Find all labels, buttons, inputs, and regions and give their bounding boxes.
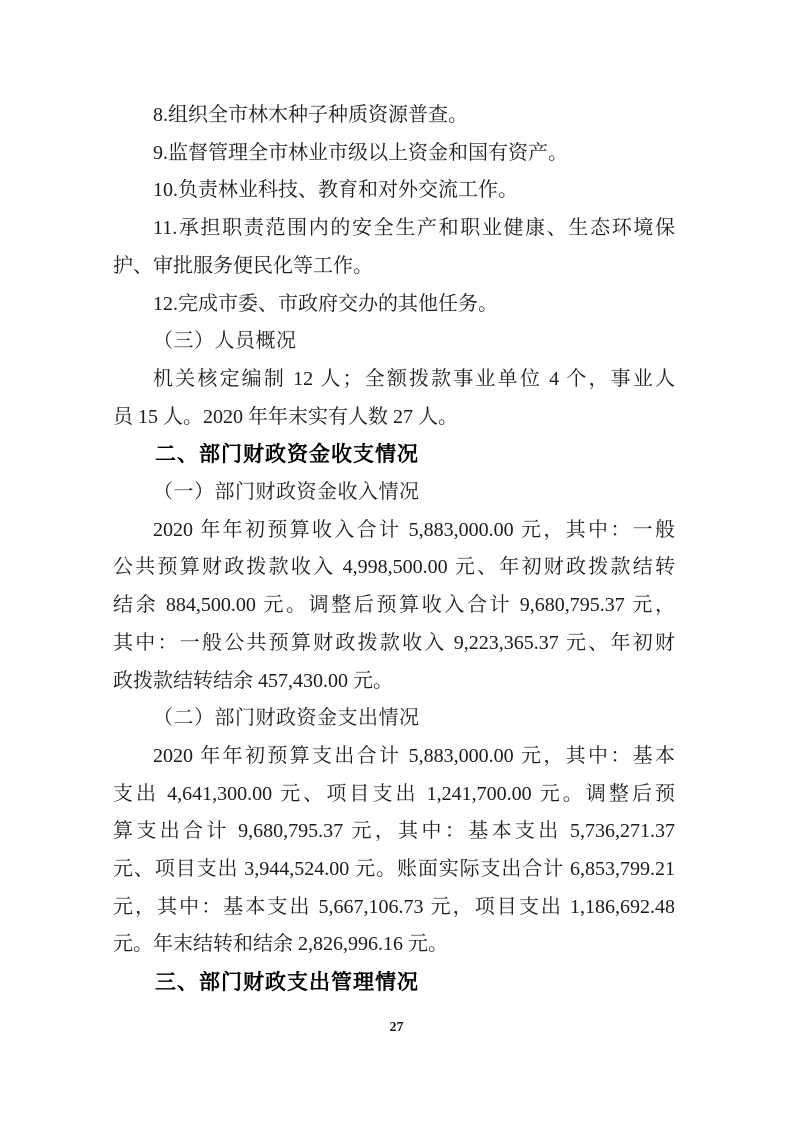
subsection-heading: （三）人员概况 — [113, 323, 675, 361]
body-line: 元。年末结转和结余 2,826,996.16 元。 — [113, 926, 675, 964]
body-line: 元，其中：基本支出 5,667,106.73 元，项目支出 1,186,692.… — [113, 889, 675, 927]
body-line: 支出 4,641,300.00 元、项目支出 1,241,700.00 元。调整… — [113, 776, 675, 814]
body-line: 2020 年年初预算收入合计 5,883,000.00 元，其中：一般 — [113, 512, 675, 550]
body-line: 政拨款结转结余 457,430.00 元。 — [113, 663, 675, 701]
body-line: 10.负责林业科技、教育和对外交流工作。 — [113, 172, 675, 210]
section-heading: 二、部门财政资金收支情况 — [113, 436, 675, 474]
body-line: 结余 884,500.00 元。调整后预算收入合计 9,680,795.37 元… — [113, 587, 675, 625]
section-heading: 三、部门财政支出管理情况 — [113, 964, 675, 1002]
body-line: 机关核定编制 12 人；全额拨款事业单位 4 个，事业人 — [113, 361, 675, 399]
body-line: 公共预算财政拨款收入 4,998,500.00 元、年初财政拨款结转 — [113, 549, 675, 587]
body-line: 12.完成市委、市政府交办的其他任务。 — [113, 286, 675, 324]
body-line: 护、审批服务便民化等工作。 — [113, 248, 675, 286]
subsection-heading: （二）部门财政资金支出情况 — [113, 700, 675, 738]
page-number: 27 — [0, 1020, 793, 1036]
document-page: 8.组织全市林木种子种质资源普查。 9.监督管理全市林业市级以上资金和国有资产。… — [0, 0, 793, 1122]
body-line: 11.承担职责范围内的安全生产和职业健康、生态环境保 — [113, 210, 675, 248]
body-line: 员 15 人。2020 年年末实有人数 27 人。 — [113, 399, 675, 437]
body-line: 2020 年年初预算支出合计 5,883,000.00 元，其中：基本 — [113, 738, 675, 776]
document-body: 8.组织全市林木种子种质资源普查。 9.监督管理全市林业市级以上资金和国有资产。… — [113, 97, 675, 1002]
body-line: 元、项目支出 3,944,524.00 元。账面实际支出合计 6,853,799… — [113, 851, 675, 889]
body-line: 其中：一般公共预算财政拨款收入 9,223,365.37 元、年初财 — [113, 625, 675, 663]
body-line: 算支出合计 9,680,795.37 元，其中：基本支出 5,736,271.3… — [113, 813, 675, 851]
body-line: 9.监督管理全市林业市级以上资金和国有资产。 — [113, 135, 675, 173]
subsection-heading: （一）部门财政资金收入情况 — [113, 474, 675, 512]
body-line: 8.组织全市林木种子种质资源普查。 — [113, 97, 675, 135]
